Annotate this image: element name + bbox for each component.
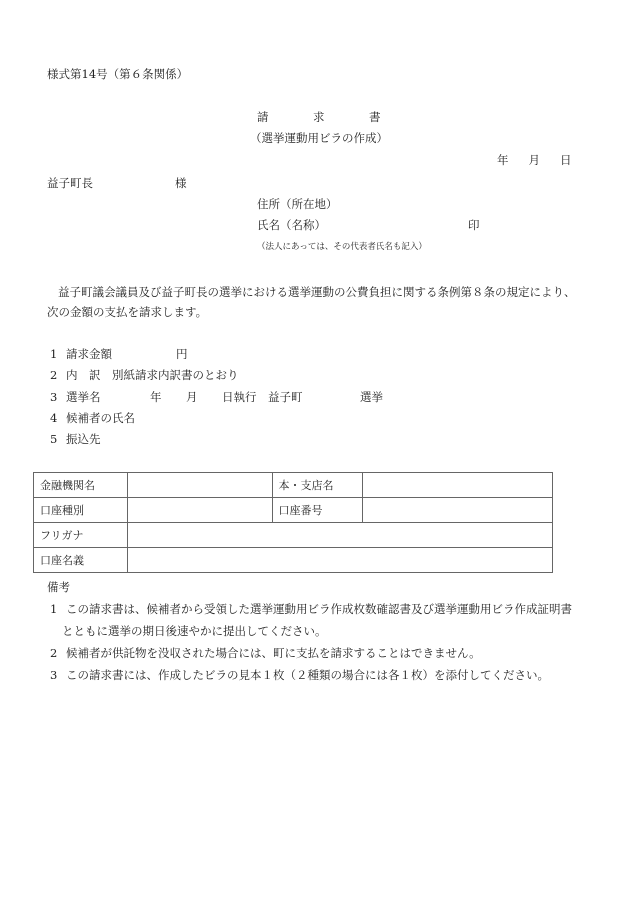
election-day: 日執行 [222,390,257,404]
account-number-label: 口座番号 [272,498,363,523]
document-title: 請求書 [257,110,425,124]
election-month: 月 [186,390,198,404]
account-type-field[interactable] [127,498,272,523]
account-type-label: 口座種別 [34,498,128,523]
item-label: 内 訳 別紙請求内訳書のとおり [66,368,239,382]
remark-text: この請求書は、候補者から受領した選挙運動用ビラ作成枚数確認書及び選挙運動用ビラ作… [66,602,572,616]
bank-name-field[interactable] [127,473,272,498]
item-number: 3 [50,390,66,404]
remarks-title: 備考 [47,580,70,594]
title-char: 書 [369,110,425,124]
item-claim-amount[interactable]: 1請求金額 円 [50,347,112,361]
remark-number: 1 [50,602,66,616]
address-label[interactable]: 住所（所在地） [257,197,338,211]
yen-unit: 円 [176,347,188,361]
title-char: 求 [313,110,369,124]
table-row: 口座名義 [34,548,553,573]
remark-text: 候補者が供託物を没収された場合には、町に支払を請求することはできません。 [66,646,481,660]
date-year: 年 [497,153,509,167]
remark-number: 3 [50,668,66,682]
remark-number: 2 [50,646,66,660]
table-row: 金融機関名 本・支店名 [34,473,553,498]
body-text-line2: 次の金額の支払を請求します。 [47,305,207,319]
election-year: 年 [150,390,162,404]
date-field[interactable]: 年月日 [497,153,592,167]
election-suffix: 選挙 [360,390,383,404]
date-day: 日 [560,153,572,167]
corporate-note: （法人にあっては、その代表者氏名も記入） [257,240,427,254]
form-number: 様式第14号（第６条関係） [47,67,188,81]
remark-item: 2候補者が供託物を没収された場合には、町に支払を請求することはできません。 [50,646,481,660]
election-town: 益子町 [268,390,303,404]
branch-name-label: 本・支店名 [272,473,363,498]
item-number: 4 [50,411,66,425]
honorific: 様 [175,176,187,190]
item-transfer-destination: 5振込先 [50,432,101,446]
remark-item: 1この請求書は、候補者から受領した選挙運動用ビラ作成枚数確認書及び選挙運動用ビラ… [50,602,572,616]
item-breakdown: 2内 訳 別紙請求内訳書のとおり [50,368,239,382]
seal-mark: 印 [468,218,480,232]
furigana-label: フリガナ [34,523,128,548]
table-row: 口座種別 口座番号 [34,498,553,523]
item-number: 2 [50,368,66,382]
remark-item-continuation: とともに選挙の期日後速やかに提出してください。 [62,624,327,638]
title-char: 請 [257,110,313,124]
table-row: フリガナ [34,523,553,548]
document-subtitle: （選挙運動用ビラの作成） [250,131,388,145]
body-text-line1: 益子町議会議員及び益子町長の選挙における選挙運動の公費負担に関する条例第８条の規… [58,285,576,299]
account-number-field[interactable] [363,498,553,523]
item-number: 5 [50,432,66,446]
item-number: 1 [50,347,66,361]
remark-text: この請求書には、作成したビラの見本１枚（２種類の場合には各１枚）を添付してくださ… [66,668,549,682]
bank-account-table: 金融機関名 本・支店名 口座種別 口座番号 フリガナ 口座名義 [33,472,553,573]
item-label: 請求金額 [66,347,112,361]
addressee: 益子町長 [47,176,93,190]
date-month: 月 [529,153,541,167]
remark-item: 3この請求書には、作成したビラの見本１枚（２種類の場合には各１枚）を添付してくだ… [50,668,549,682]
account-holder-field[interactable] [127,548,552,573]
item-label: 候補者の氏名 [66,411,135,425]
item-election-name[interactable]: 3選挙名 年 月 日執行 益子町 選挙 [50,390,450,404]
furigana-field[interactable] [127,523,552,548]
item-label: 振込先 [66,432,101,446]
item-candidate-name[interactable]: 4候補者の氏名 [50,411,135,425]
branch-name-field[interactable] [363,473,553,498]
bank-name-label: 金融機関名 [34,473,128,498]
item-label: 選挙名 [66,390,101,404]
name-label[interactable]: 氏名（名称） [257,218,326,232]
account-holder-label: 口座名義 [34,548,128,573]
